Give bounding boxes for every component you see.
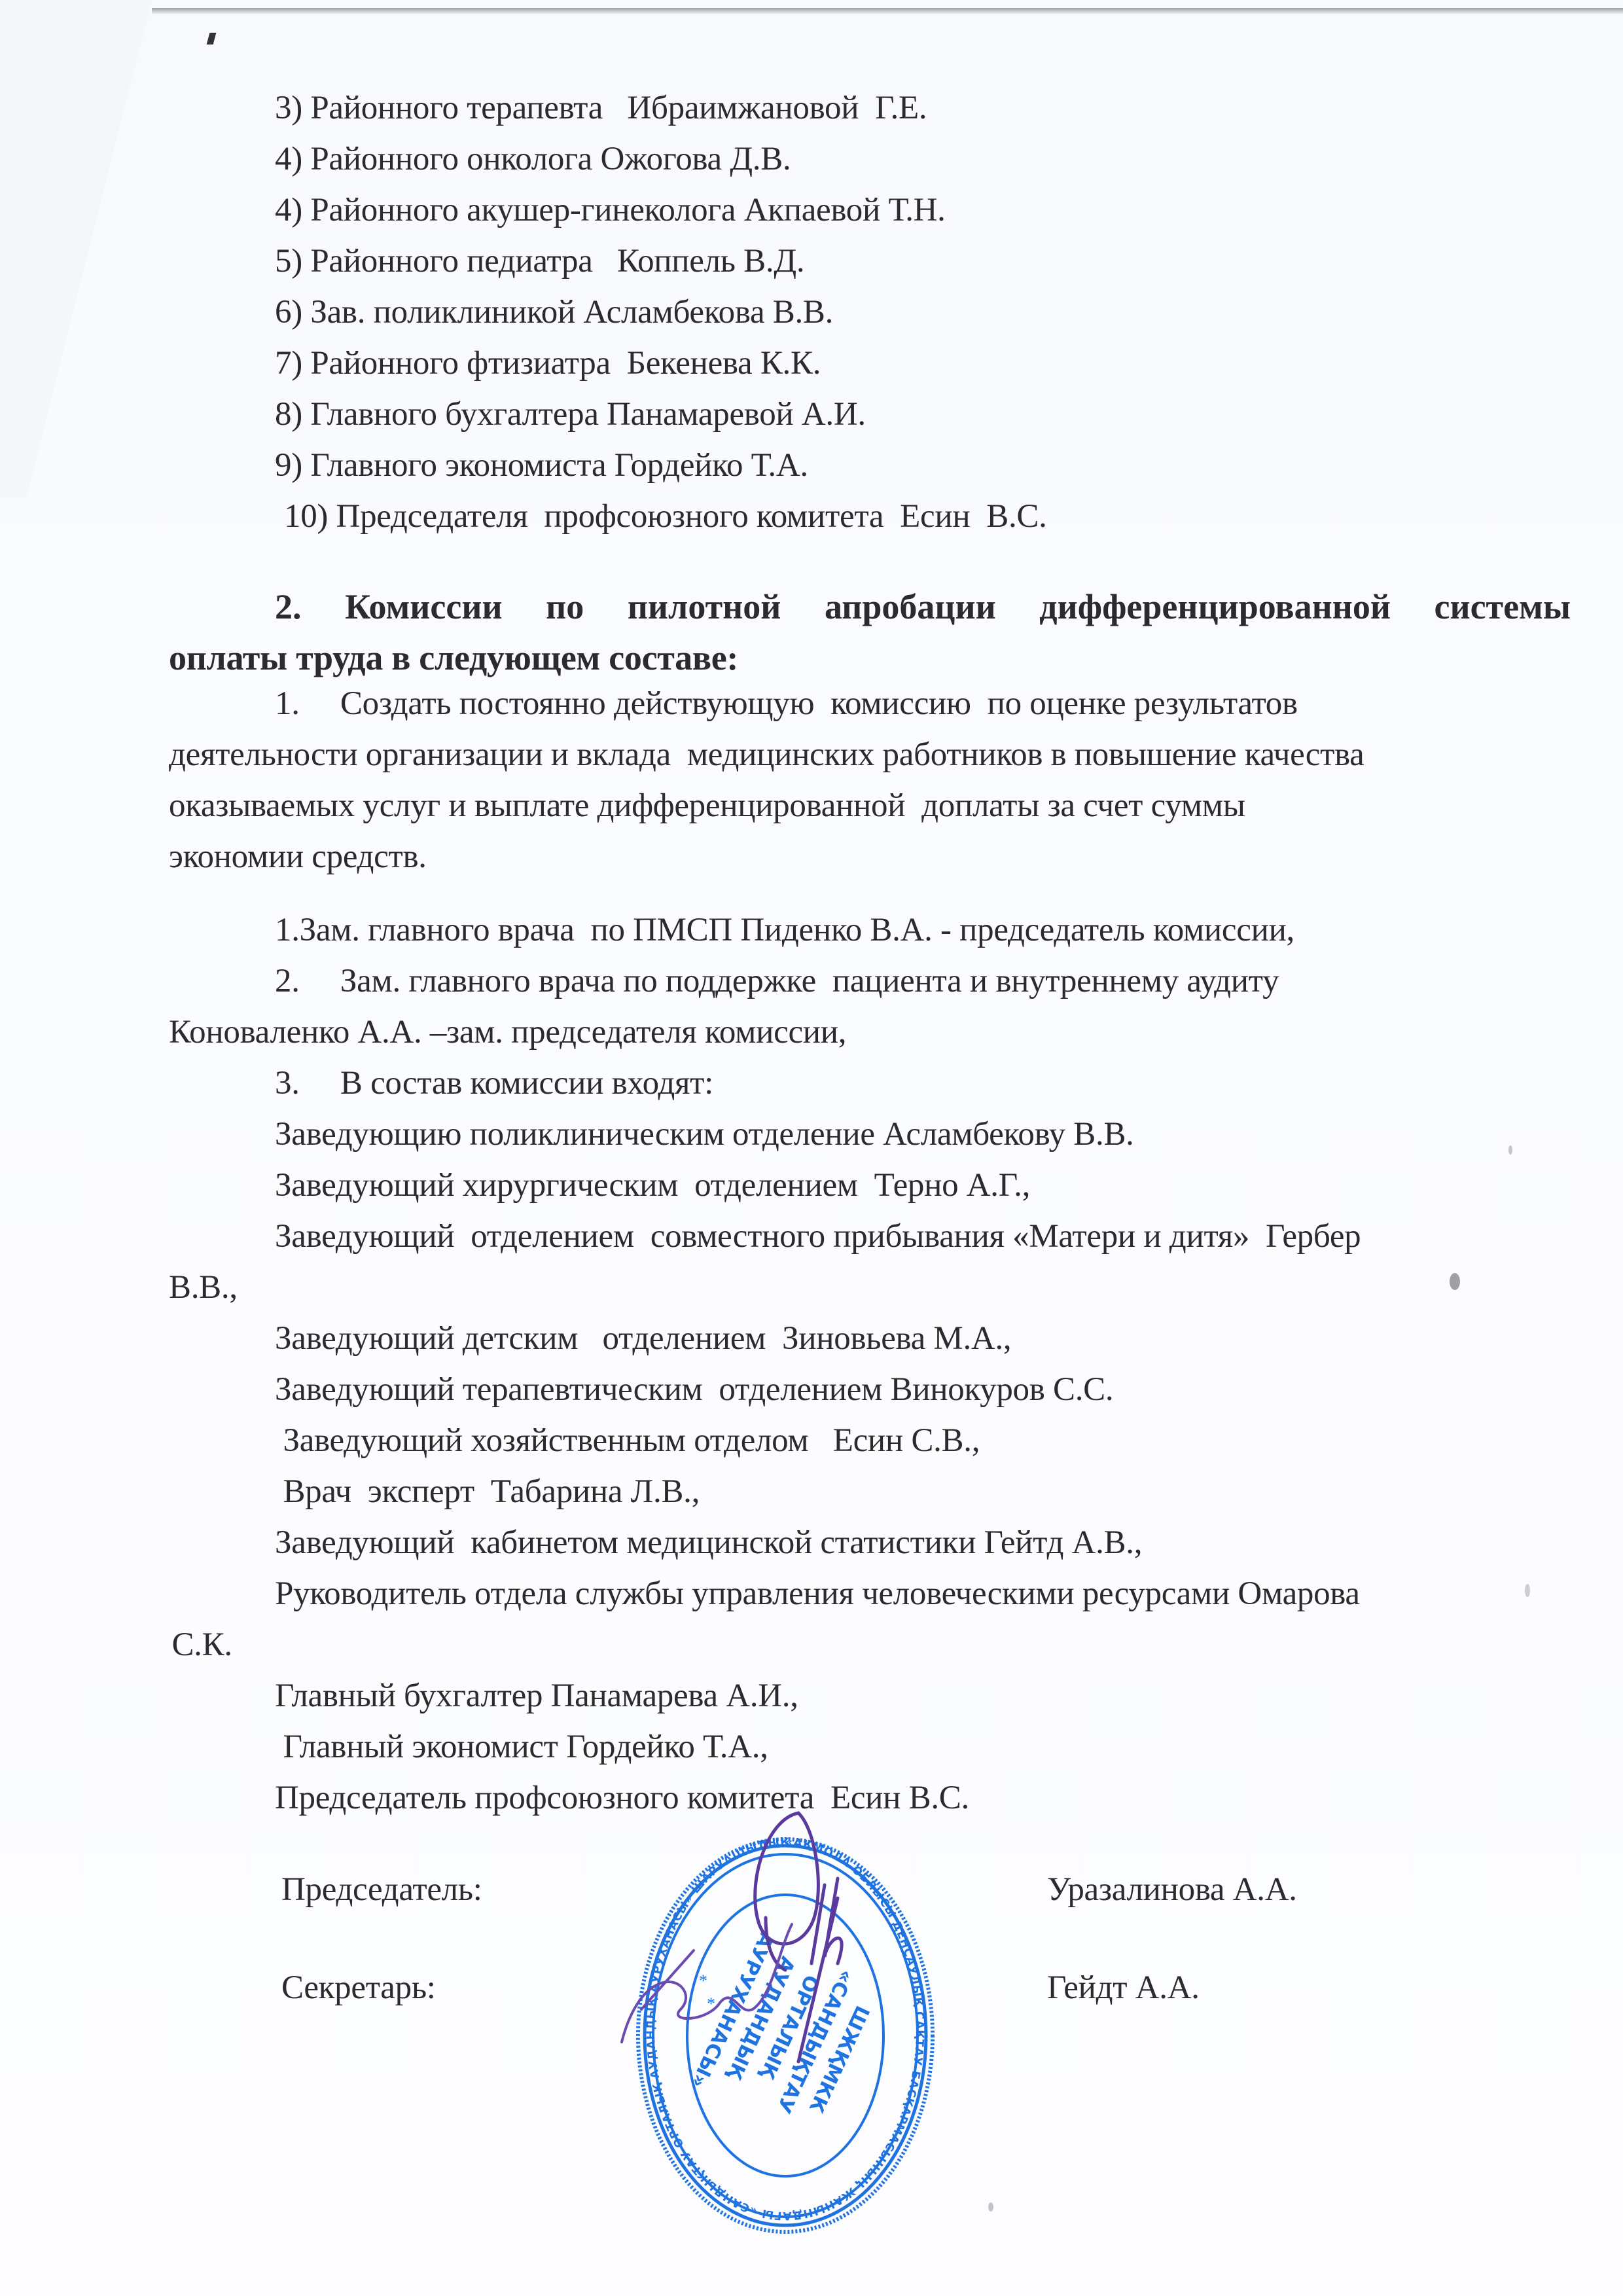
paragraph-line: оказываемых услуг и выплате дифференциро… bbox=[169, 789, 1245, 823]
scan-speck bbox=[1450, 1273, 1460, 1290]
member-line: Заведующий кабинетом медицинской статист… bbox=[275, 1526, 1142, 1560]
member-line: Заведующию поликлиническим отделение Асл… bbox=[275, 1118, 1134, 1151]
list-item: 6) Зав. поликлиникой Асламбекова В.В. bbox=[275, 296, 833, 329]
chair-label: Председатель: bbox=[281, 1873, 482, 1907]
commission-vice: Коноваленко А.А. –зам. председателя коми… bbox=[169, 1016, 846, 1049]
page-top-edge bbox=[152, 8, 1623, 14]
chair-name: Уразалинова А.А. bbox=[1047, 1873, 1297, 1907]
member-line: Главный экономист Гордейко Т.А., bbox=[275, 1731, 768, 1764]
scan-speck bbox=[1525, 1584, 1530, 1597]
commission-chair: 1.Зам. главного врача по ПМСП Пиденко В.… bbox=[275, 914, 1294, 947]
member-line: Заведующий детским отделением Зиновьева … bbox=[275, 1322, 1011, 1355]
list-item: 10) Председателя профсоюзного комитета Е… bbox=[284, 500, 1047, 533]
paragraph-line: деятельности организации и вклада медици… bbox=[169, 738, 1364, 772]
member-line: С.К. bbox=[164, 1628, 232, 1662]
scan-speck bbox=[1508, 1145, 1512, 1155]
section-heading-line2: оплаты труда в следующем составе: bbox=[169, 640, 738, 675]
heading-word: апробации bbox=[825, 589, 996, 624]
paragraph-line: экономии средств. bbox=[169, 840, 427, 874]
list-item: 8) Главного бухгалтера Панамаревой А.И. bbox=[275, 398, 866, 431]
folded-corner bbox=[0, 0, 236, 497]
scanned-page: 3) Районного терапевта Ибраимжановой Г.Е… bbox=[0, 0, 1623, 2296]
secretary-name: Гейдт А.А. bbox=[1047, 1971, 1200, 2005]
member-line: Заведующий терапевтическим отделением Ви… bbox=[275, 1373, 1113, 1407]
secretary-signature bbox=[615, 1911, 825, 2055]
commission-vice: 2. Зам. главного врача по поддержке паци… bbox=[275, 965, 1279, 998]
member-line: В.В., bbox=[169, 1271, 238, 1304]
secretary-label: Секретарь: bbox=[281, 1971, 436, 2005]
member-line: Заведующий отделением совместного прибыв… bbox=[275, 1220, 1361, 1253]
members-intro: 3. В состав комиссии входят: bbox=[275, 1067, 713, 1100]
heading-word: дифференцированной bbox=[1039, 589, 1391, 624]
list-item: 9) Главного экономиста Гордейко Т.А. bbox=[275, 449, 808, 482]
section-heading: 2. Комиссии по пилотной апробации диффер… bbox=[275, 589, 1571, 624]
section-number: 2. bbox=[275, 589, 302, 624]
scan-speck bbox=[988, 2202, 993, 2212]
member-line: Руководитель отдела службы управления че… bbox=[275, 1577, 1360, 1611]
heading-word: Комиссии bbox=[345, 589, 503, 624]
list-item: 4) Районного онколога Ожогова Д.В. bbox=[275, 143, 791, 176]
heading-word: по bbox=[546, 589, 584, 624]
member-line: Заведующий хозяйственным отделом Есин С.… bbox=[275, 1424, 980, 1458]
scan-mark bbox=[207, 33, 217, 45]
member-line: Врач эксперт Табарина Л.В., bbox=[275, 1475, 700, 1509]
member-line: Заведующий хирургическим отделением Терн… bbox=[275, 1169, 1030, 1202]
paragraph-line: 1. Создать постоянно действующую комисси… bbox=[275, 687, 1298, 721]
list-item: 3) Районного терапевта Ибраимжановой Г.Е… bbox=[275, 92, 927, 125]
heading-word: пилотной bbox=[628, 589, 781, 624]
list-item: 5) Районного педиатра Коппель В.Д. bbox=[275, 245, 804, 278]
list-item: 7) Районного фтизиатра Бекенева К.К. bbox=[275, 347, 821, 380]
list-item: 4) Районного акушер-гинеколога Акпаевой … bbox=[275, 194, 946, 227]
member-line: Главный бухгалтер Панамарева А.И., bbox=[275, 1679, 798, 1713]
heading-word: системы bbox=[1435, 589, 1571, 624]
